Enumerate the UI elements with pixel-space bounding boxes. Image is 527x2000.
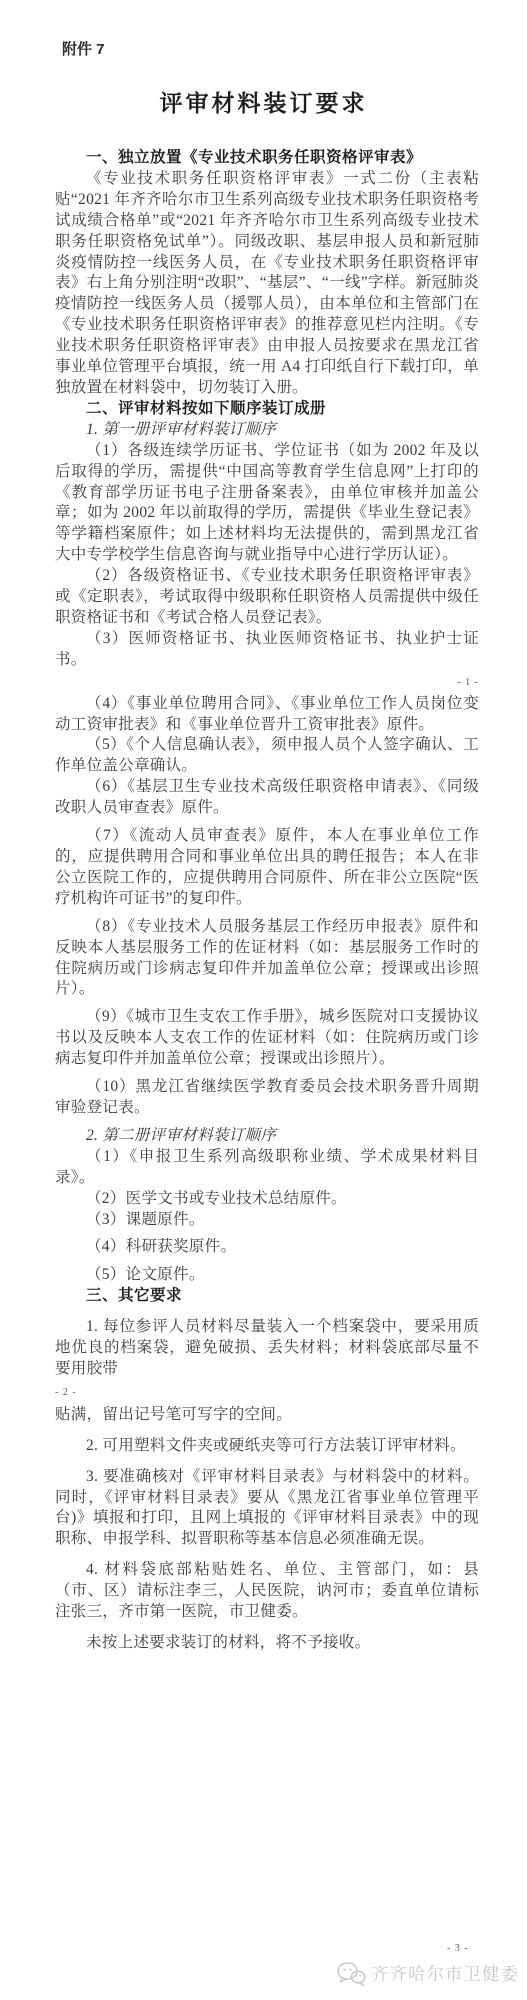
list-item: 1. 每位参评人员材料尽量装入一个档案袋中，要采用质地优良的档案袋，避免破损、丢… bbox=[55, 1317, 479, 1380]
list-item: （6）《基层卫生专业技术高级任职资格申请表》、《同级改职人员审查表》原件。 bbox=[55, 777, 479, 819]
list-item: （2）医学文书或专业技术总结原件。 bbox=[55, 1189, 479, 1210]
list-item: （7）《流动人员审查表》原件，本人在事业单位工作的，应提供聘用合同和事业单位出具… bbox=[55, 826, 479, 910]
page-number-1: - 1 - bbox=[55, 676, 479, 690]
page-number-3: - 3 - bbox=[447, 1943, 469, 1954]
document-body: 一、独立放置《专业技术职务任职资格评审表》 《专业技术职务任职资格评审表》一式二… bbox=[0, 148, 527, 1654]
paragraph: 《专业技术职务任职资格评审表》一式二份（主表粘贴“2021 年齐齐哈尔市卫生系列… bbox=[55, 169, 479, 399]
document-page: 附件 7 评审材料装订要求 一、独立放置《专业技术职务任职资格评审表》 《专业技… bbox=[0, 0, 527, 2000]
list-item: （8）《专业技术人员服务基层工作经历申报表》原件和反映本人基层服务工作的佐证材料… bbox=[55, 917, 479, 1001]
list-item: （2）各级资格证书、《专业技术职务任职资格评审表》或《定职表》，考试取得中级职称… bbox=[55, 566, 479, 629]
paragraph-continuation: 贴满，留出记号笔可写字的空间。 bbox=[55, 1405, 479, 1426]
attachment-label: 附件 7 bbox=[62, 38, 527, 59]
document-title: 评审材料装订要求 bbox=[0, 85, 527, 118]
list-item: （1）《申报卫生系列高级职称业绩、学术成果材料目录》。 bbox=[55, 1147, 479, 1189]
list-item: （5）论文原件。 bbox=[55, 1265, 479, 1286]
list-item: （9）《城市卫生支农工作手册》，城乡医院对口支援协议书以及反映本人支农工作的佐证… bbox=[55, 1007, 479, 1070]
list-item: （10）黑龙江省继续医学教育委员会技术职务晋升周期审验登记表。 bbox=[55, 1077, 479, 1119]
list-item: （5）《个人信息确认表》，须申报人员个人签字确认、工作单位盖公章确认。 bbox=[55, 735, 479, 777]
list-item: （3）医师资格证书、执业医师资格证书、执业护士证书。 bbox=[55, 629, 479, 671]
subsection-heading: 2. 第二册评审材料装订顺序 bbox=[55, 1126, 479, 1147]
list-item: （4）科研获奖原件。 bbox=[55, 1237, 479, 1258]
list-item: 4. 材料袋底部粘贴姓名、单位、主管部门，如：县（市、区）请标注李三，人民医院，… bbox=[55, 1560, 479, 1623]
subsection-heading: 1. 第一册评审材料装订顺序 bbox=[55, 420, 479, 441]
list-item: （1）各级连续学历证书、学位证书（如为 2002 年及以后取得的学历，需提供“中… bbox=[55, 441, 479, 566]
page-number-2: - 2 - bbox=[55, 1386, 479, 1400]
watermark-text: 齐齐哈尔市卫健委 bbox=[371, 1961, 519, 1986]
list-item: （4）《事业单位聘用合同》、《事业单位工作人员岗位变动工资审批表》和《事业单位晋… bbox=[55, 694, 479, 736]
watermark: 齐齐哈尔市卫健委 bbox=[336, 1961, 519, 1986]
section-heading-3: 三、其它要求 bbox=[55, 1286, 479, 1307]
list-item: 2. 可用塑料文件夹或硬纸夹等可行方法装订评审材料。 bbox=[55, 1436, 479, 1457]
closing-statement: 未按上述要求装订的材料，将不予接收。 bbox=[55, 1633, 479, 1654]
section-heading-2: 二、评审材料按如下顺序装订成册 bbox=[55, 399, 479, 420]
list-item: （3）课题原件。 bbox=[55, 1210, 479, 1231]
section-heading-1: 一、独立放置《专业技术职务任职资格评审表》 bbox=[55, 148, 479, 169]
list-item: 3. 要准确核对《评审材料目录表》与材料袋中的材料。同时，《评审材料目录表》要从… bbox=[55, 1467, 479, 1551]
wechat-icon bbox=[336, 1961, 366, 1986]
